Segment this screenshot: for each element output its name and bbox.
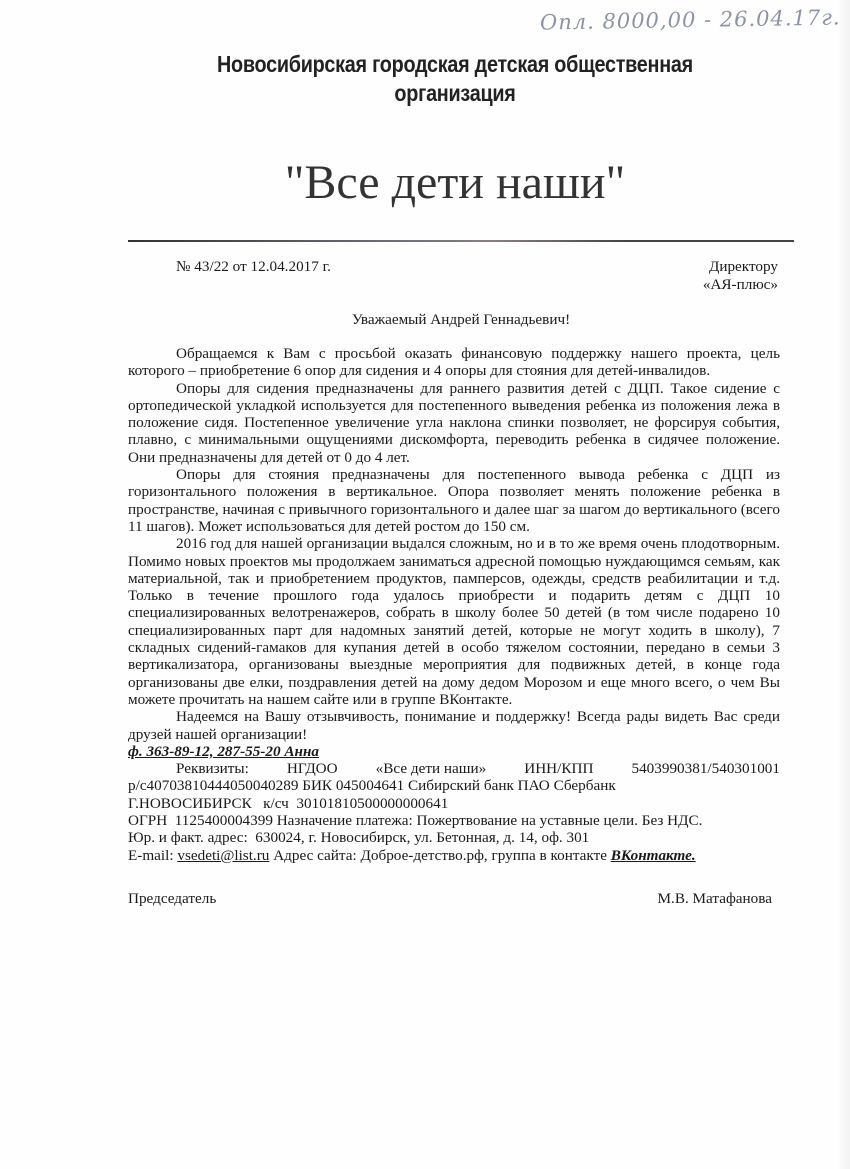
requisites-label: Реквизиты: — [176, 760, 249, 777]
signatory-role: Председатель — [128, 890, 216, 908]
requisites-correspondent-account: Г.НОВОСИБИРСК к/сч 30101810500000000641 — [128, 795, 780, 812]
requisites-address: Юр. и факт. адрес: 630024, г. Новосибирс… — [128, 829, 780, 846]
addressee-title: Директору — [703, 258, 778, 276]
requisites-inn-kpp-label: ИНН/КПП — [524, 760, 593, 777]
paragraph-2016-achievements: 2016 год для нашей организации выдался с… — [128, 535, 780, 708]
addressee-company: «АЯ-плюс» — [703, 276, 778, 294]
paragraph-standing-supports: Опоры для стояния предназначены для пост… — [128, 466, 780, 535]
paragraph-closing: Надеемся на Вашу отзывчивость, понимание… — [128, 708, 780, 743]
letter-reference-number: № 43/22 от 12.04.2017 г. — [176, 258, 331, 276]
org-name-line-1: Новосибирская городская детская обществе… — [176, 50, 735, 79]
paragraph-request: Обращаемся к Вам с просьбой оказать фина… — [128, 345, 780, 380]
vk-group-link[interactable]: ВКонтакте. — [611, 847, 696, 864]
site-text: Адрес сайта: Доброе-детство.рф, группа в… — [273, 847, 607, 864]
letter-body: Обращаемся к Вам с просьбой оказать фина… — [128, 345, 780, 864]
requisites-org-quoted: «Все дети наши» — [376, 760, 487, 777]
letterhead-org-name: Новосибирская городская детская обществе… — [176, 50, 735, 108]
requisites-contacts-line: E-mail: vsedeti@list.ru Адрес сайта: Доб… — [128, 847, 780, 864]
requisites-inn-kpp-value: 5403990381/540301001 — [631, 760, 780, 777]
email-link[interactable]: vsedeti@list.ru — [177, 847, 269, 864]
letterhead-org-title: "Все дети наши" — [130, 155, 780, 210]
letter-page: Опл. 8000,00 - 26.04.17г. Новосибирская … — [0, 0, 850, 1169]
handwritten-payment-note: Опл. 8000,00 - 26.04.17г. — [540, 5, 841, 34]
org-name-line-2: организация — [176, 79, 735, 108]
requisites-bank-account: р/с40703810444050040289 БИК 045004641 Си… — [128, 777, 780, 794]
paragraph-seating-supports: Опоры для сидения предназначены для ранн… — [128, 380, 780, 466]
scan-edge-shadow — [836, 0, 850, 1169]
signatory-name: М.В. Матафанова — [658, 890, 772, 908]
requisites-ogrn-payment-purpose: ОГРН 1125400004399 Назначение платежа: П… — [128, 812, 780, 829]
letterhead-divider — [128, 240, 794, 242]
requisites-line-1: Реквизиты: НГДОО «Все дети наши» ИНН/КПП… — [128, 760, 780, 777]
addressee-block: Директору «АЯ-плюс» — [703, 258, 778, 293]
requisites-org-short: НГДОО — [287, 760, 338, 777]
contact-phone: ф. 363-89-12, 287-55-20 Анна — [128, 743, 780, 760]
greeting: Уважаемый Андрей Геннадьевич! — [128, 311, 794, 329]
email-label: E-mail: — [128, 847, 174, 864]
